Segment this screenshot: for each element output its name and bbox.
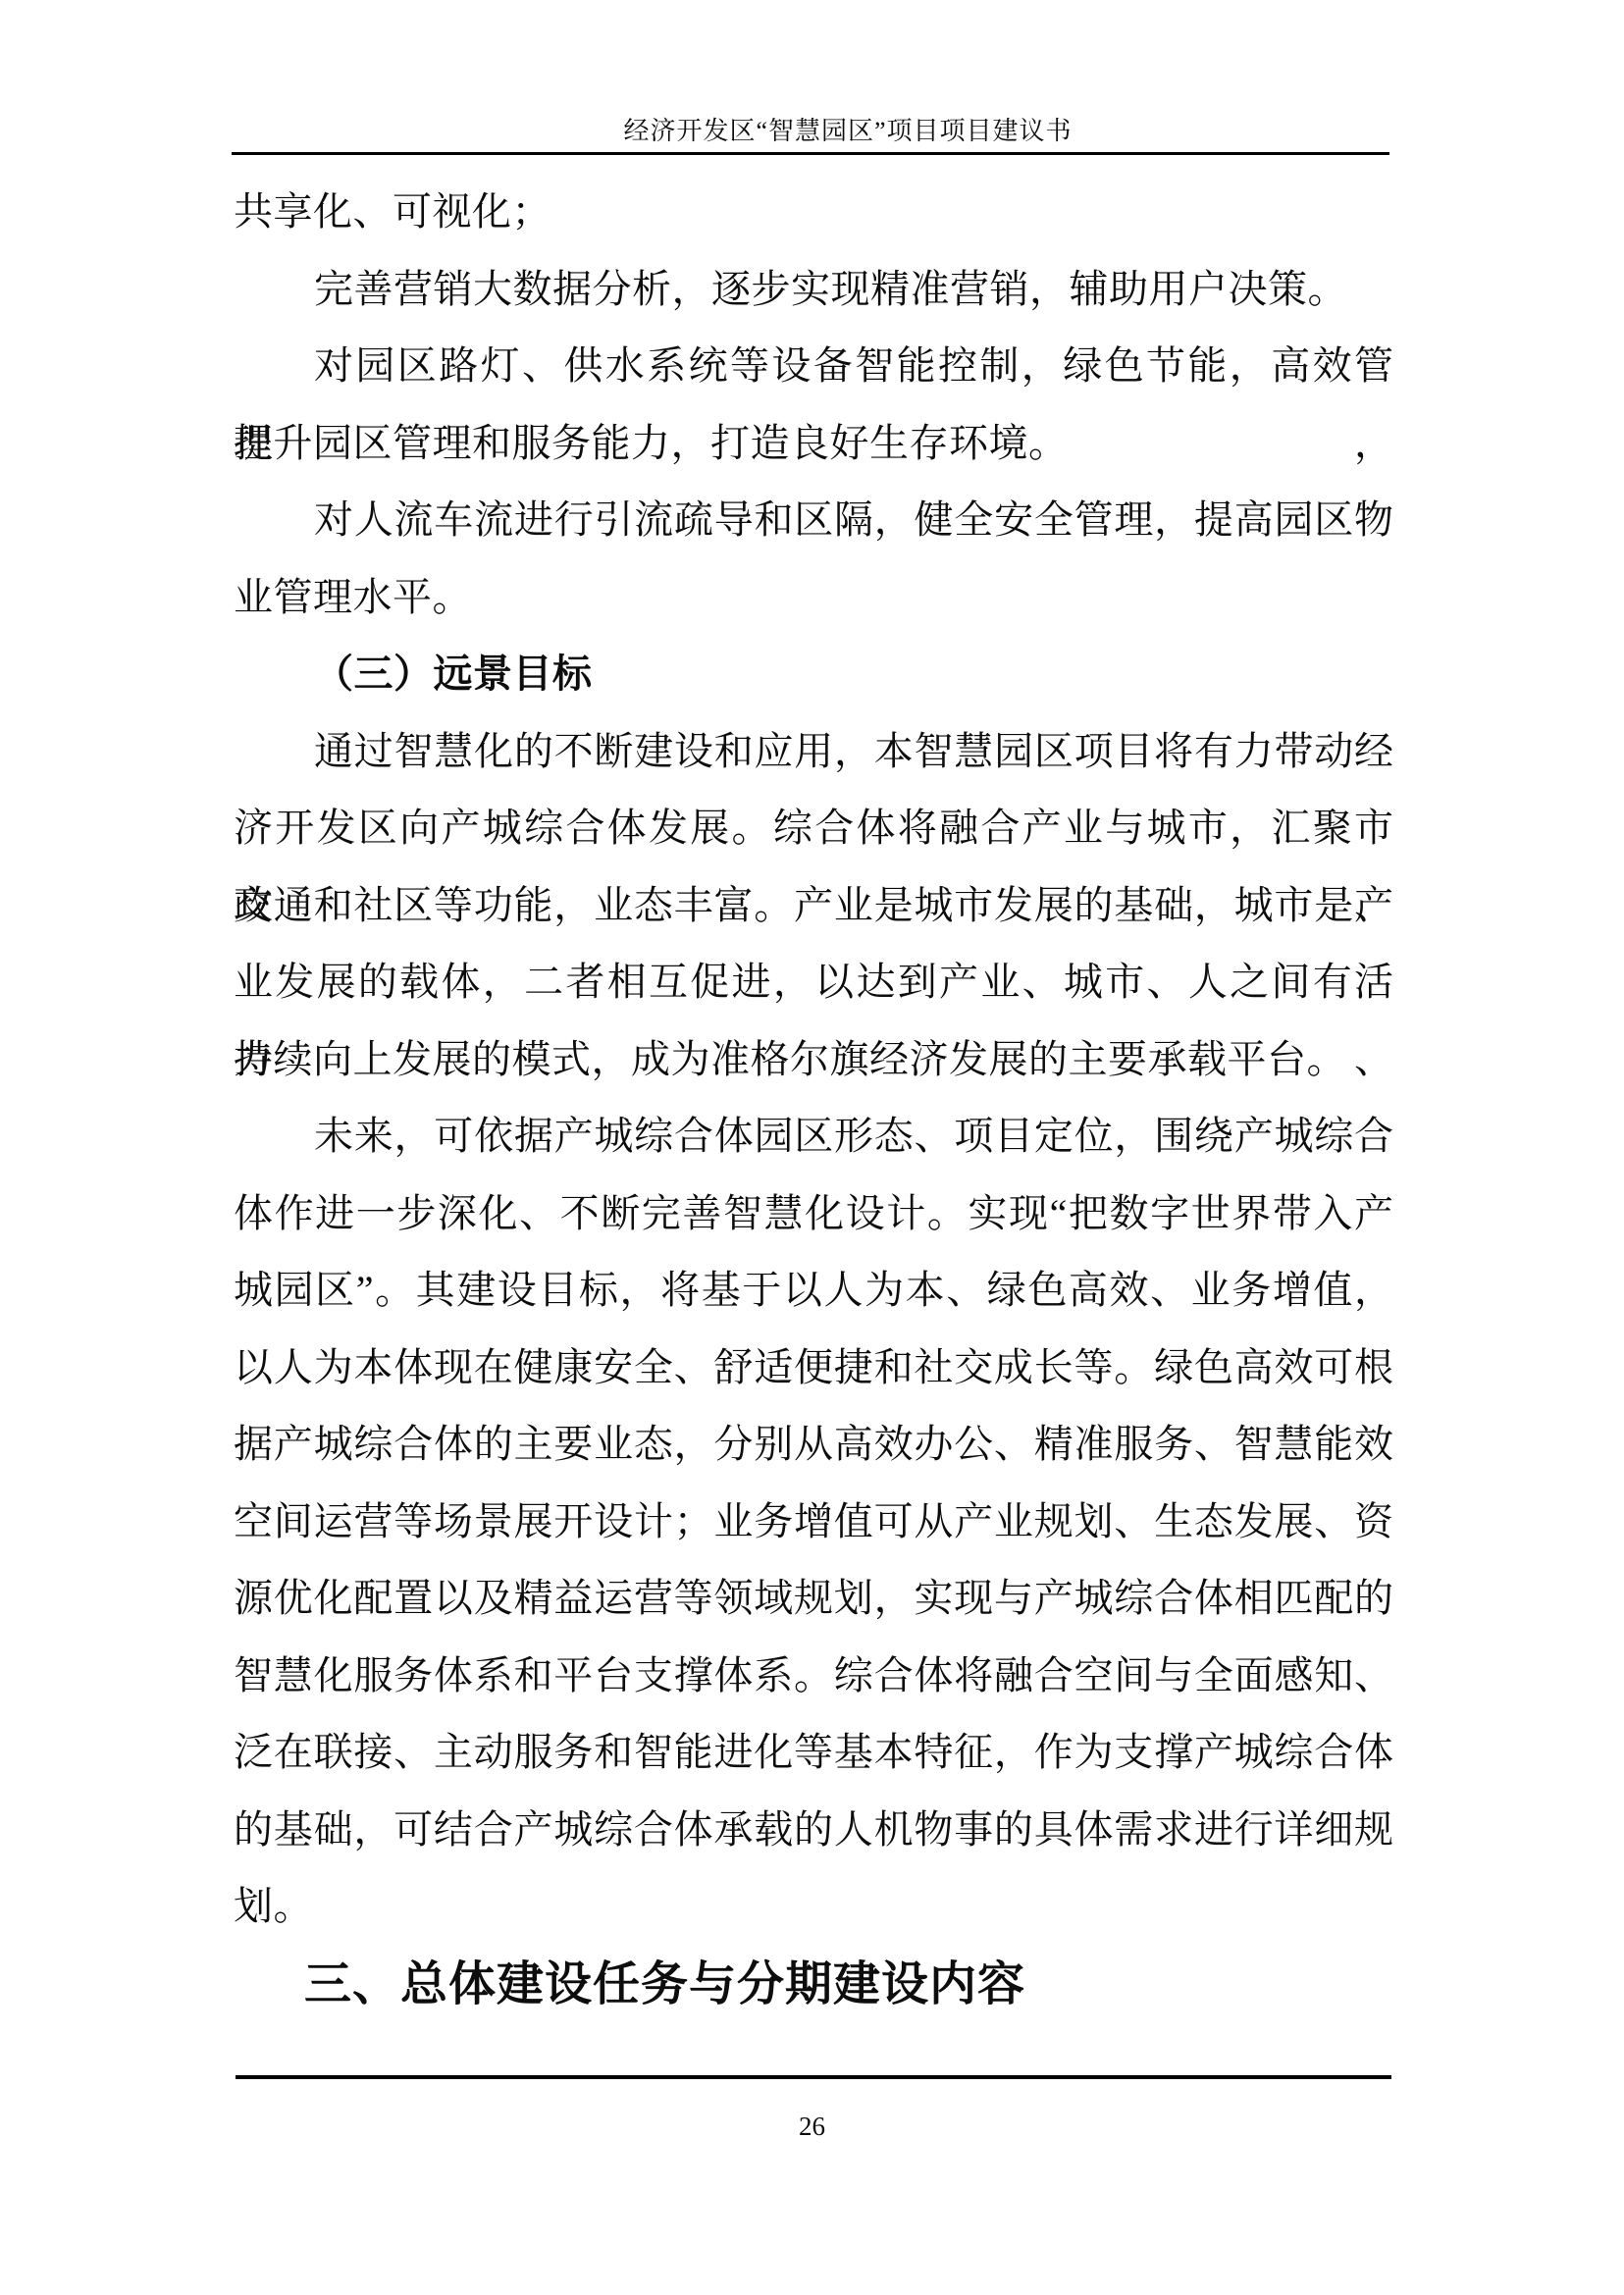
body-line: 通过智慧化的不断建设和应用，本智慧园区项目将有力带动经 xyxy=(234,713,1393,791)
body-line: 以人为本体现在健康安全、舒适便捷和社交成长等。绿色高效可根 xyxy=(234,1330,1393,1407)
body-line: 完善营销大数据分析，逐步实现精准营销，辅助用户决策。 xyxy=(234,251,1393,329)
body-line: 共享化、可视化； xyxy=(234,174,1393,251)
body-line: 济开发区向产城综合体发展。综合体将融合产业与城市，汇聚市政、 xyxy=(234,790,1393,867)
body-line: 划。 xyxy=(234,1868,1393,1946)
body-line: 的基础，可结合产城综合体承载的人机物事的具体需求进行详细规 xyxy=(234,1792,1393,1869)
page-number: 26 xyxy=(0,2100,1624,2153)
body-line: 泛在联接、主动服务和智能进化等基本特征，作为支撑产城综合体 xyxy=(234,1714,1393,1792)
body-line: 源优化配置以及精益运营等领域规划，实现与产城综合体相匹配的 xyxy=(234,1560,1393,1638)
header-rule xyxy=(232,152,1389,155)
chapter-heading: 三、总体建设任务与分期建设内容 xyxy=(234,1946,1393,2024)
body-line: 对人流车流进行引流疏导和区隔，健全安全管理，提高园区物 xyxy=(234,482,1393,559)
body-line: 业发展的载体，二者相互促进，以达到产业、城市、人之间有活力、 xyxy=(234,944,1393,1021)
document-body: 共享化、可视化； 完善营销大数据分析，逐步实现精准营销，辅助用户决策。 对园区路… xyxy=(234,174,1393,2024)
footer-rule xyxy=(236,2075,1391,2079)
body-line: 城园区”。其建设目标，将基于以人为本、绿色高效、业务增值， xyxy=(234,1252,1393,1330)
body-line: 交通和社区等功能，业态丰富。产业是城市发展的基础，城市是产 xyxy=(234,867,1393,945)
body-line: 未来，可依据产城综合体园区形态、项目定位，围绕产城综合 xyxy=(234,1098,1393,1175)
body-line: 空间运营等场景展开设计；业务增值可从产业规划、生态发展、资 xyxy=(234,1484,1393,1561)
section-heading: （三）远景目标 xyxy=(234,636,1393,713)
document-page: 经济开发区“智慧园区”项目项目建议书 共享化、可视化； 完善营销大数据分析，逐步… xyxy=(0,0,1624,2295)
body-line: 持续向上发展的模式，成为准格尔旗经济发展的主要承载平台。 xyxy=(234,1021,1393,1099)
body-line: 体作进一步深化、不断完善智慧化设计。实现“把数字世界带入产 xyxy=(234,1175,1393,1253)
header-title: 经济开发区“智慧园区”项目项目建议书 xyxy=(234,110,1391,153)
body-line: 据产城综合体的主要业态，分别从高效办公、精准服务、智慧能效 xyxy=(234,1406,1393,1484)
body-line: 智慧化服务体系和平台支撑体系。综合体将融合空间与全面感知、 xyxy=(234,1638,1393,1715)
body-line: 业管理水平。 xyxy=(234,559,1393,637)
body-line: 对园区路灯、供水系统等设备智能控制，绿色节能，高效管理， xyxy=(234,328,1393,405)
